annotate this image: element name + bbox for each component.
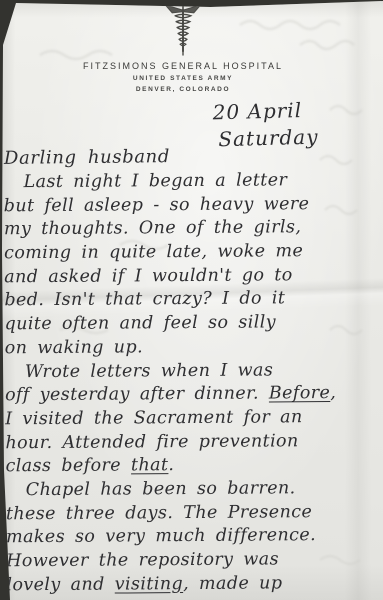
handwritten-line: Last night I began a letter: [4, 169, 376, 195]
handwritten-line: quite often and feel so silly: [5, 311, 377, 337]
handwritten-line: makes so very much difference.: [6, 524, 378, 550]
line-text: bed. Isn't that crazy? I do it: [4, 289, 285, 311]
line-text: lovely and: [6, 574, 114, 595]
line-text: I visited the Sacrament for an: [5, 407, 303, 429]
underlined-word: Before: [269, 383, 330, 403]
line-text: Wrote letters when I was: [25, 360, 273, 382]
line-text: these three days. The Presence: [6, 502, 312, 524]
line-text: my thoughts. One of the girls,: [4, 218, 302, 240]
handwritten-line: However the repository was: [6, 548, 378, 574]
line-text: Chapel has been so barren.: [26, 478, 296, 500]
line-text: Last night I began a letter: [24, 170, 288, 192]
line-text: , made up: [183, 573, 282, 594]
line-text: and asked if I wouldn't go to: [4, 265, 293, 287]
letterhead-location-line: DENVER, COLORADO: [63, 86, 303, 93]
line-text: quite often and feel so silly: [5, 313, 277, 335]
line-text: off yesterday after dinner.: [5, 384, 269, 406]
line-text: However the repository was: [6, 549, 279, 571]
salutation: Darling husband: [4, 146, 170, 169]
handwritten-line: bed. Isn't that crazy? I do it: [4, 287, 376, 313]
letter-date: 20 April Saturday: [212, 98, 318, 152]
underlined-word: visiting: [115, 574, 184, 594]
handwritten-line: hour. Attended fire prevention: [5, 429, 377, 455]
date-line-2: Saturday: [218, 125, 319, 152]
line-text: but fell asleep - so heavy were: [4, 194, 310, 216]
handwritten-line: my thoughts. One of the girls,: [4, 216, 376, 242]
line-text: class before: [6, 456, 132, 477]
line-text: hour. Attended fire prevention: [5, 431, 298, 453]
line-text: makes so very much difference.: [6, 525, 316, 547]
line-text: coming in quite late, woke me: [4, 241, 303, 263]
date-line-1: 20 April: [212, 98, 318, 125]
handwritten-line: lovely and visiting, made up: [6, 571, 378, 597]
line-text: .: [168, 455, 174, 475]
handwritten-line: and asked if I wouldn't go to: [4, 263, 376, 289]
handwritten-line: but fell asleep - so heavy were: [4, 192, 376, 218]
handwritten-line: off yesterday after dinner. Before,: [5, 382, 377, 408]
handwritten-line: these three days. The Presence: [6, 500, 378, 526]
letterhead-org-line: UNITED STATES ARMY: [63, 75, 303, 82]
caduceus-icon: [163, 2, 203, 57]
handwritten-line: Chapel has been so barren.: [6, 477, 378, 503]
letter-photo: { "page_type": "scanned handwritten lett…: [0, 0, 383, 600]
line-text: on waking up.: [5, 337, 143, 358]
handwritten-line: I visited the Sacrament for an: [5, 406, 377, 432]
handwritten-line: coming in quite late, woke me: [4, 240, 376, 266]
letterhead-hospital-name: FITZSIMONS GENERAL HOSPITAL: [63, 61, 303, 71]
handwritten-line: on waking up.: [5, 335, 377, 361]
handwritten-line: Wrote letters when I was: [5, 358, 377, 384]
underlined-word: that: [131, 455, 169, 475]
letter-body: Last night I began a letterbut fell asle…: [4, 169, 379, 598]
handwritten-line: class before that.: [6, 453, 378, 479]
letter-paper: FITZSIMONS GENERAL HOSPITAL UNITED STATE…: [0, 0, 383, 600]
line-text: ,: [330, 383, 336, 403]
